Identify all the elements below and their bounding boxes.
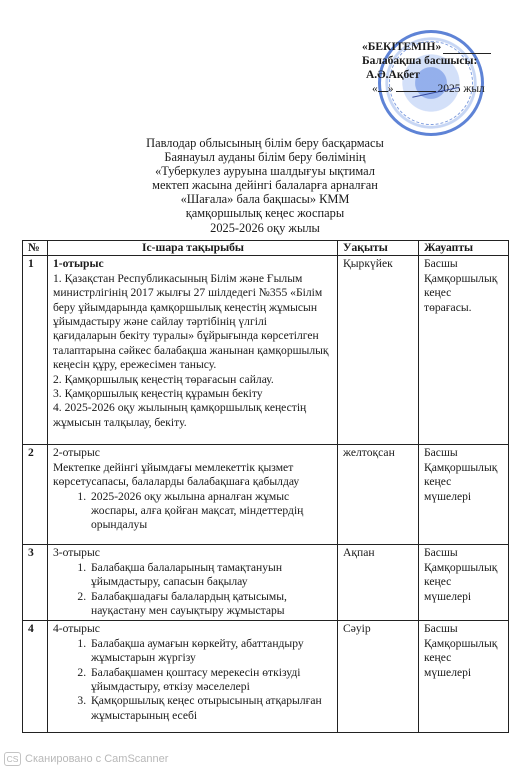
table-row: 2 2-отырыс Мектепке дейінгі ұйымдағы мем… bbox=[23, 445, 509, 545]
activity-item: Балабақшамен қоштасу мерекесін өткізуді … bbox=[89, 666, 333, 695]
plan-table: № Іс-шара тақырыбы Уақыты Жауапты 1 1-от… bbox=[22, 240, 509, 733]
activity-item: 1. Қазақстан Республикасының Білім және … bbox=[53, 272, 333, 373]
activity-item: Балабақша аумағын көркейту, абаттандыру … bbox=[89, 637, 333, 666]
title-line: «Шағала» бала бақшасы» КММ bbox=[0, 192, 530, 206]
row-activity: 4-отырыс Балабақша аумағын көркейту, аба… bbox=[48, 621, 338, 733]
title-line: Павлодар облысының білім беру басқармасы bbox=[0, 136, 530, 150]
table-row: 1 1-отырыс 1. Қазақстан Республикасының … bbox=[23, 256, 509, 445]
table-row: 3 3-отырыс Балабақша балаларының тамақта… bbox=[23, 545, 509, 621]
row-activity: 3-отырыс Балабақша балаларының тамақтану… bbox=[48, 545, 338, 621]
row-number: 3 bbox=[23, 545, 48, 621]
camscanner-logo-icon: CS bbox=[4, 752, 21, 766]
scanner-watermark: CS Сканировано с CamScanner bbox=[4, 752, 168, 766]
row-number: 2 bbox=[23, 445, 48, 545]
activity-list: Балабақша балаларының тамақтануын ұйымда… bbox=[53, 561, 333, 619]
header-activity: Іс-шара тақырыбы bbox=[48, 241, 338, 256]
table-header-row: № Іс-шара тақырыбы Уақыты Жауапты bbox=[23, 241, 509, 256]
session-title: 3-отырыс bbox=[53, 546, 333, 560]
activity-list: 2025-2026 оқу жылына арналған жұмыс жосп… bbox=[53, 490, 333, 533]
watermark-text: Сканировано с CamScanner bbox=[25, 753, 168, 765]
title-line: Баянауыл ауданы білім беру бөлімінің bbox=[0, 150, 530, 164]
row-responsible: Басшы Қамқоршылық кеңес төрағасы. bbox=[419, 256, 509, 445]
header-responsible: Жауапты bbox=[419, 241, 509, 256]
header-time: Уақыты bbox=[338, 241, 419, 256]
document-title: Павлодар облысының білім беру басқармасы… bbox=[0, 136, 530, 235]
row-time: Ақпан bbox=[338, 545, 419, 621]
approval-position: Балабақша басшысы: bbox=[362, 54, 527, 68]
session-title: 4-отырыс bbox=[53, 622, 333, 636]
title-line: қамқоршылық кеңес жоспары bbox=[0, 206, 530, 220]
row-activity: 1-отырыс 1. Қазақстан Республикасының Бі… bbox=[48, 256, 338, 445]
row-number: 4 bbox=[23, 621, 48, 733]
activity-item: Балабақша балаларының тамақтануын ұйымда… bbox=[89, 561, 333, 590]
activity-list: Балабақша аумағын көркейту, абаттандыру … bbox=[53, 637, 333, 723]
date-day-blank bbox=[378, 91, 388, 92]
row-responsible: Басшы Қамқоршылық кеңес мүшелері bbox=[419, 621, 509, 733]
activity-item: 3. Қамқоршылық кеңестің құрамын бекіту bbox=[53, 387, 333, 401]
session-title: 2-отырыс bbox=[53, 446, 333, 460]
activity-item: 4. 2025-2026 оқу жылының қамқоршылық кең… bbox=[53, 401, 333, 430]
row-time: Сәуір bbox=[338, 621, 419, 733]
title-line: «Туберкулез ауруына шалдығуы ықтимал bbox=[0, 164, 530, 178]
title-line: мектеп жасына дейінгі балаларға арналған bbox=[0, 178, 530, 192]
signature-line bbox=[443, 43, 491, 54]
session-title: 1-отырыс bbox=[53, 257, 333, 271]
activity-item: 2. Қамқоршылық кеңестің төрағасын сайлау… bbox=[53, 373, 333, 387]
row-number: 1 bbox=[23, 256, 48, 445]
activity-item: Балабақшадағы балалардың қатысымы, науқа… bbox=[89, 590, 333, 619]
row-responsible: Басшы Қамқоршылық кеңес мүшелері bbox=[419, 545, 509, 621]
activity-item: 2025-2026 оқу жылына арналған жұмыс жосп… bbox=[89, 490, 333, 533]
activity-item: Қамқоршылық кеңес отырысының атқарылған … bbox=[89, 694, 333, 723]
row-activity: 2-отырыс Мектепке дейінгі ұйымдағы мемле… bbox=[48, 445, 338, 545]
title-year: 2025-2026 оқу жылы bbox=[0, 221, 530, 235]
row-time: Қыркүйек bbox=[338, 256, 419, 445]
session-intro: Мектепке дейінгі ұйымдағы мемлекеттік қы… bbox=[53, 461, 333, 490]
header-number: № bbox=[23, 241, 48, 256]
table-row: 4 4-отырыс Балабақша аумағын көркейту, а… bbox=[23, 621, 509, 733]
row-responsible: Басшы Қамқоршылық кеңес мүшелері bbox=[419, 445, 509, 545]
approval-heading: «БЕКІТЕМІН» bbox=[362, 40, 441, 54]
row-time: желтоқсан bbox=[338, 445, 419, 545]
